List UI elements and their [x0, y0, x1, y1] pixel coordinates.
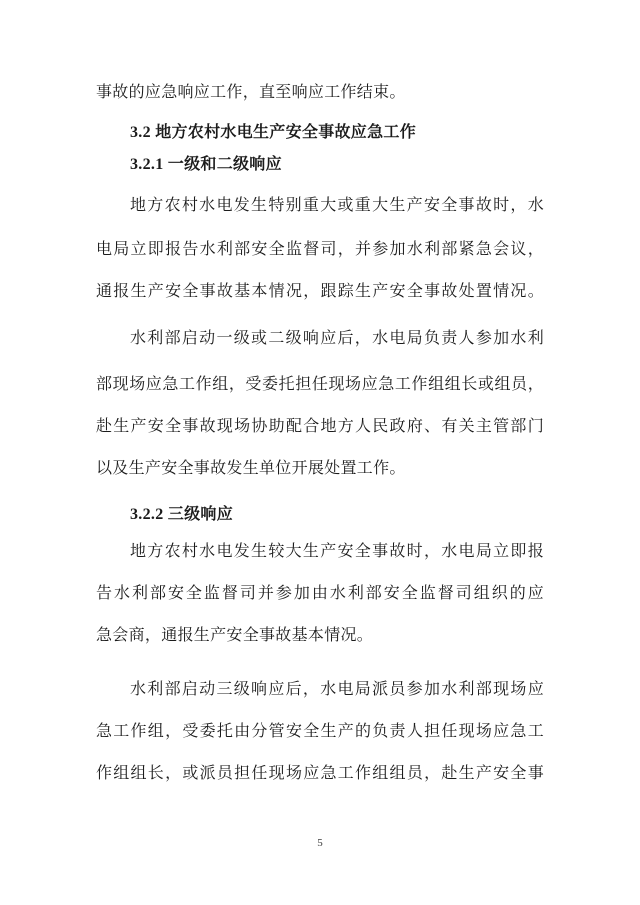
document-page: 事故的应急响应工作，直至响应工作结束。 3.2 地方农村水电生产安全事故应急工作…	[0, 0, 640, 905]
section-heading-3-2: 3.2 地方农村水电生产安全事故应急工作	[96, 123, 544, 143]
text-line: 赴生产安全事故现场协助配合地方人民政府、有关主管部门	[96, 417, 544, 437]
text-line: 水利部启动一级或二级响应后，水电局负责人参加水利	[96, 329, 544, 349]
text-line: 地方农村水电发生特别重大或重大生产安全事故时，水	[96, 196, 544, 216]
text-line: 以及生产安全事故发生单位开展处置工作。	[96, 459, 544, 479]
text-line: 电局立即报告水利部安全监督司，并参加水利部紧急会议，	[96, 240, 544, 260]
text-line: 告水利部安全监督司并参加由水利部安全监督司组织的应	[96, 584, 544, 604]
text-line: 急工作组，受委托由分管安全生产的负责人担任现场应急工	[96, 722, 544, 742]
text-line: 事故的应急响应工作，直至响应工作结束。	[96, 83, 544, 103]
text-line: 通报生产安全事故基本情况，跟踪生产安全事故处置情况。	[96, 282, 544, 302]
text-line: 作组组长，或派员担任现场应急工作组组员，赴生产安全事	[96, 764, 544, 784]
text-line: 急会商，通报生产安全事故基本情况。	[96, 626, 544, 646]
page-number: 5	[0, 836, 640, 850]
text-line: 水利部启动三级响应后，水电局派员参加水利部现场应	[96, 680, 544, 700]
text-line: 部现场应急工作组，受委托担任现场应急工作组组长或组员，	[96, 375, 544, 395]
text-line: 地方农村水电发生较大生产安全事故时，水电局立即报	[96, 542, 544, 562]
section-heading-3-2-1: 3.2.1 一级和二级响应	[96, 155, 544, 175]
section-heading-3-2-2: 3.2.2 三级响应	[96, 505, 544, 525]
